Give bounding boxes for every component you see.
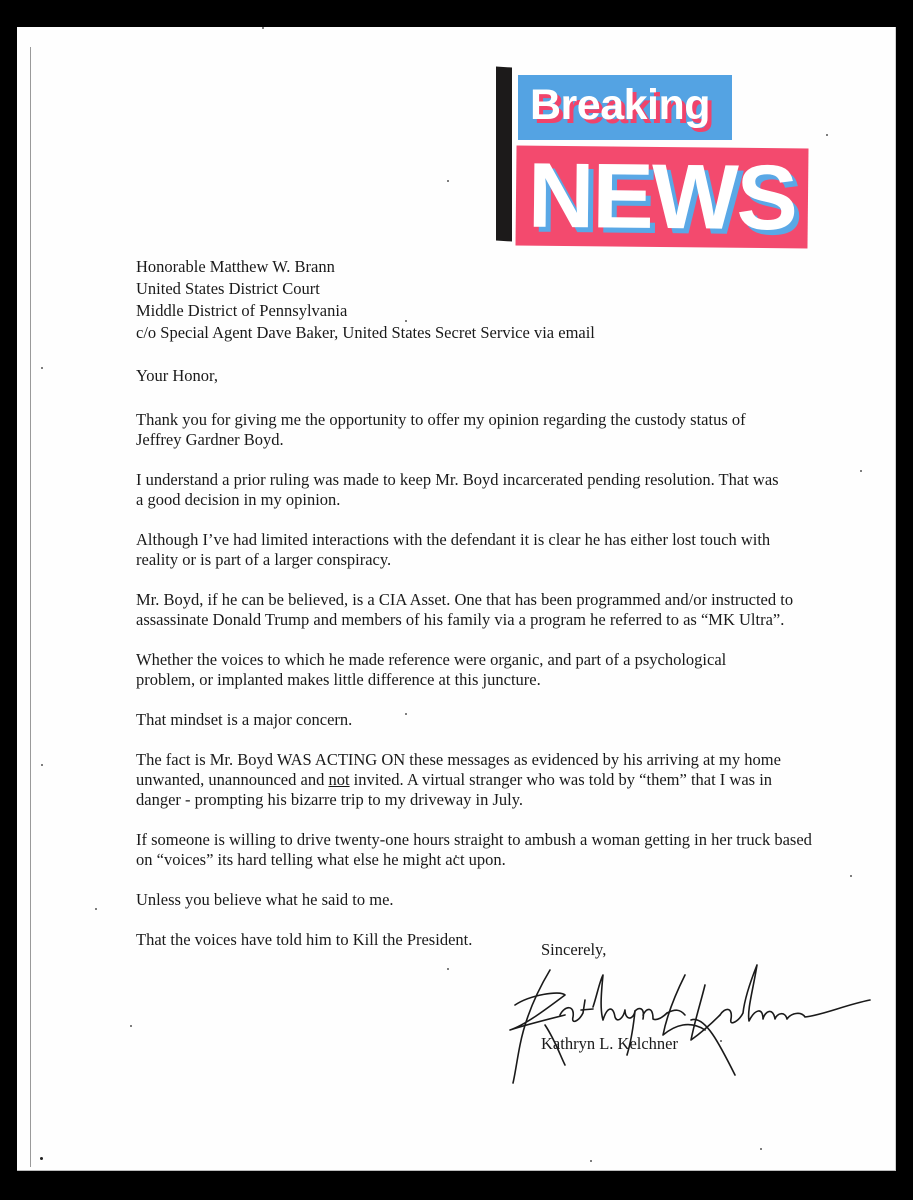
- paragraph-7-emphasis: not: [328, 770, 349, 789]
- paragraph-2: I understand a prior ruling was made to …: [136, 470, 786, 510]
- breaking-banner: Breaking: [518, 75, 732, 140]
- graphic-black-bar: [496, 66, 512, 241]
- recipient-care-of: c/o Special Agent Dave Baker, United Sta…: [136, 322, 816, 344]
- paragraph-8: If someone is willing to drive twenty-on…: [136, 830, 816, 870]
- breaking-news-graphic: Breaking NEWS: [496, 67, 816, 247]
- news-banner: NEWS: [515, 145, 808, 248]
- signer-name: Kathryn L. Kelchner: [541, 1034, 678, 1054]
- salutation: Your Honor,: [136, 366, 816, 386]
- scan-edge-line: [30, 47, 31, 1167]
- recipient-district: Middle District of Pennsylvania: [136, 300, 816, 322]
- letter-body: Honorable Matthew W. Brann United States…: [136, 256, 816, 950]
- paragraph-3: Although I’ve had limited interactions w…: [136, 530, 816, 570]
- breaking-label: Breaking: [530, 81, 710, 130]
- recipient-court: United States District Court: [136, 278, 816, 300]
- paragraph-7: The fact is Mr. Boyd WAS ACTING ON these…: [136, 750, 801, 810]
- recipient-name: Honorable Matthew W. Brann: [136, 256, 816, 278]
- paragraph-5: Whether the voices to which he made refe…: [136, 650, 766, 690]
- paragraph-9: Unless you believe what he said to me.: [136, 890, 816, 910]
- handwritten-signature: [505, 935, 875, 1085]
- paragraph-1: Thank you for giving me the opportunity …: [136, 410, 786, 450]
- news-label: NEWS: [527, 144, 796, 251]
- paragraph-6: That mindset is a major concern.: [136, 710, 816, 730]
- recipient-block: Honorable Matthew W. Brann United States…: [136, 256, 816, 344]
- paragraph-4: Mr. Boyd, if he can be believed, is a CI…: [136, 590, 816, 630]
